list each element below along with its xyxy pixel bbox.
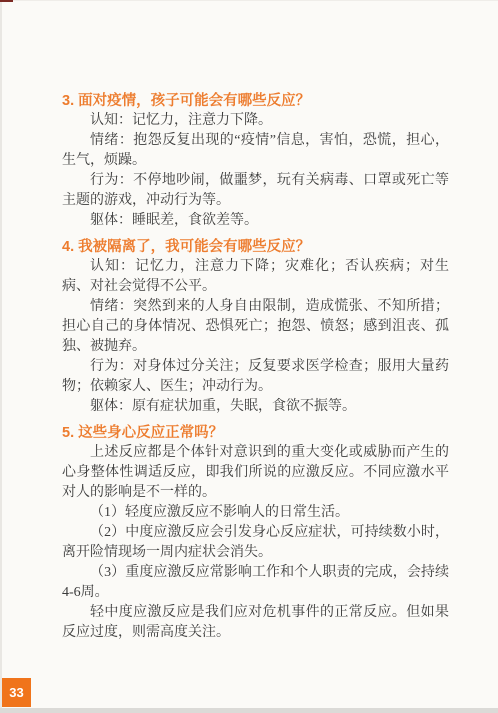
- page-left-edge: [0, 0, 2, 713]
- page-number-text: 33: [9, 685, 23, 700]
- body-paragraph: 行为：对身体过分关注；反复要求医学检查；服用大量药物；依赖家人、医生；冲动行为。: [62, 357, 449, 397]
- body-paragraph: 情绪：抱怨反复出现的“疫情”信息，害怕，恐慌，担心，生气，烦躁。: [62, 131, 449, 171]
- body-paragraph: 轻中度应激反应是我们应对危机事件的正常反应。但如果反应过度，则需高度关注。: [62, 603, 449, 643]
- body-paragraph: （1）轻度应激反应不影响人的日常生活。: [62, 503, 449, 523]
- body-paragraph: 行为：不停地吵闹，做噩梦，玩有关病毒、口罩或死亡等主题的游戏，冲动行为等。: [62, 171, 449, 211]
- body-paragraph: 躯体：原有症状加重，失眠，食欲不振等。: [62, 397, 449, 417]
- page-top-edge: [0, 0, 498, 1]
- section-4: 4. 我被隔离了，我可能会有哪些反应？ 认知：记忆力，注意力下降；灾难化；否认疾…: [62, 237, 449, 417]
- section-5: 5. 这些身心反应正常吗？ 上述反应都是个体针对意识到的重大变化或威胁而产生的心…: [62, 423, 449, 643]
- corner-scan-mark: [0, 0, 13, 2]
- section-3: 3. 面对疫情，孩子可能会有哪些反应？ 认知：记忆力，注意力下降。 情绪：抱怨反…: [62, 91, 449, 231]
- section-heading: 5. 这些身心反应正常吗？: [62, 423, 449, 443]
- body-paragraph: 上述反应都是个体针对意识到的重大变化或威胁而产生的心身整体性调适反应，即我们所说…: [62, 443, 449, 503]
- body-paragraph: 认知：记忆力，注意力下降；灾难化；否认疾病；对生病、对社会觉得不公平。: [62, 257, 449, 297]
- page-number-badge: 33: [2, 678, 31, 707]
- body-paragraph: 情绪：突然到来的人身自由限制，造成慌张、不知所措；担心自己的身体情况、恐惧死亡；…: [62, 297, 449, 357]
- page-body-text: 3. 面对疫情，孩子可能会有哪些反应？ 认知：记忆力，注意力下降。 情绪：抱怨反…: [62, 85, 449, 643]
- body-paragraph: 躯体：睡眠差，食欲差等。: [62, 211, 449, 231]
- body-paragraph: （2）中度应激反应会引发身心反应症状，可持续数小时，离开险情现场一周内症状会消失…: [62, 523, 449, 563]
- body-paragraph: 认知：记忆力，注意力下降。: [62, 111, 449, 131]
- page-bottom-edge: [0, 708, 498, 713]
- section-heading: 4. 我被隔离了，我可能会有哪些反应？: [62, 237, 449, 257]
- body-paragraph: （3）重度应激反应常影响工作和个人职责的完成，会持续4-6周。: [62, 563, 449, 603]
- scanned-book-page: 3. 面对疫情，孩子可能会有哪些反应？ 认知：记忆力，注意力下降。 情绪：抱怨反…: [0, 0, 498, 713]
- section-heading: 3. 面对疫情，孩子可能会有哪些反应？: [62, 91, 449, 111]
